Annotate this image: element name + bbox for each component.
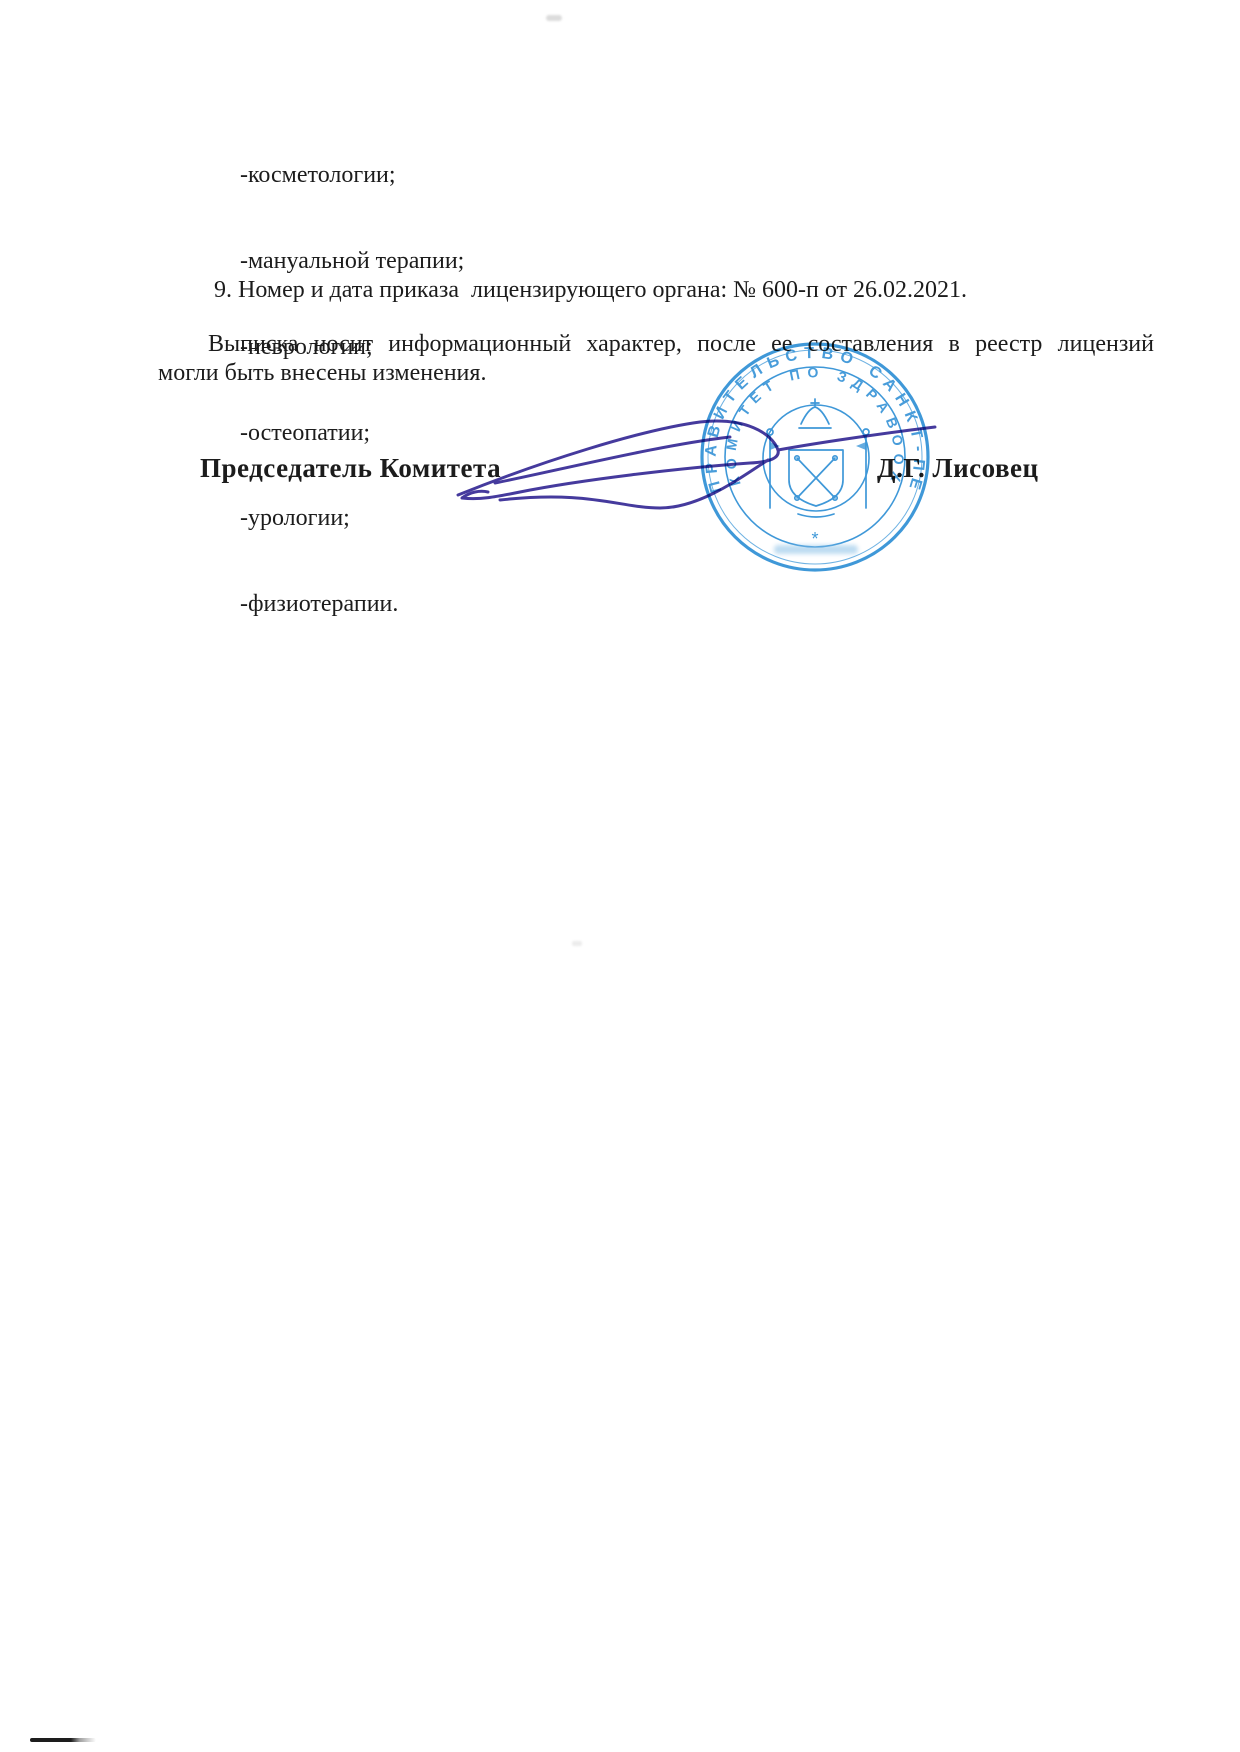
stamp-smudge bbox=[774, 545, 858, 554]
note-paragraph: Выписка носит информационный характер, п… bbox=[158, 330, 1154, 387]
document-page: -косметологии; -мануальной терапии; -нев… bbox=[0, 0, 1240, 1752]
handwritten-signature bbox=[440, 385, 952, 525]
list-item: -физиотерапии. bbox=[240, 590, 464, 619]
specialty-list: -косметологии; -мануальной терапии; -нев… bbox=[240, 104, 464, 676]
scan-artifact bbox=[572, 941, 582, 946]
list-item: -косметологии; bbox=[240, 161, 464, 190]
list-item: -мануальной терапии; bbox=[240, 247, 464, 276]
list-item: -урологии; bbox=[240, 504, 464, 533]
scan-artifact bbox=[30, 1738, 96, 1742]
scan-artifact bbox=[546, 15, 562, 21]
order-number-line: 9. Номер и дата приказа лицензирующего о… bbox=[214, 276, 967, 305]
note-line: Выписка носит информационный характер, п… bbox=[158, 330, 1154, 359]
note-line: могли быть внесены изменения. bbox=[158, 359, 1154, 388]
signature-stroke bbox=[500, 460, 768, 508]
list-item: -остеопатии; bbox=[240, 419, 464, 448]
signature-stroke bbox=[778, 427, 935, 450]
